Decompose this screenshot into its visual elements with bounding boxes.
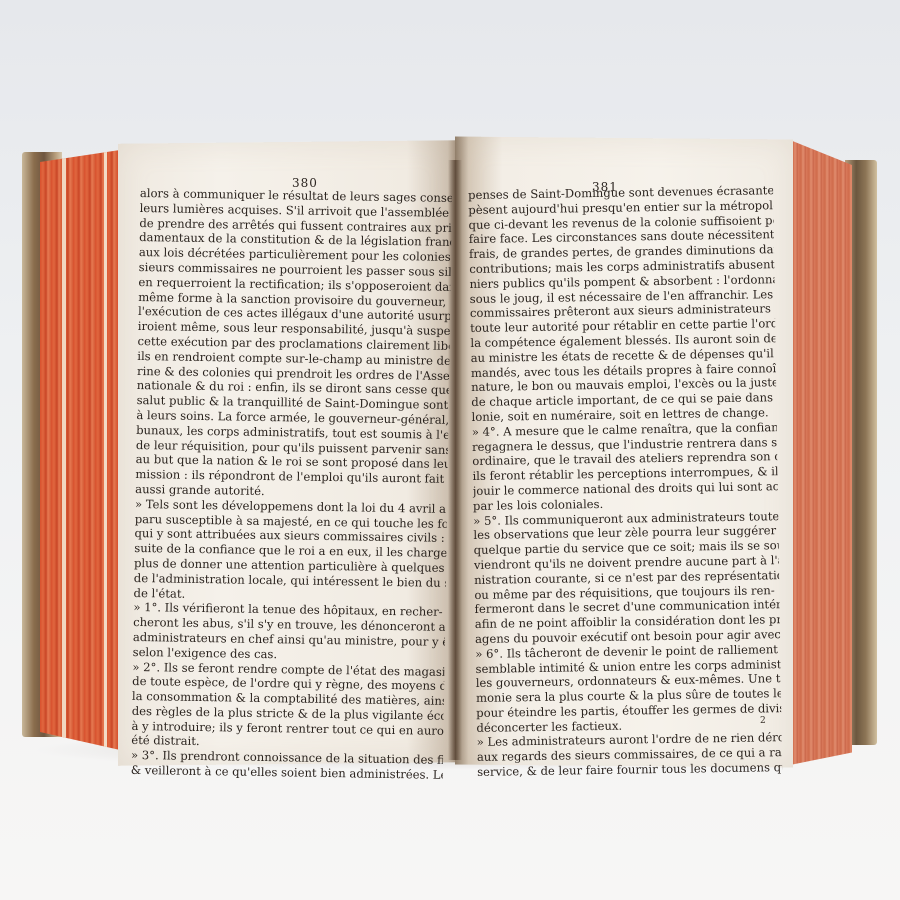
signature-mark: 2: [760, 716, 766, 726]
left-page-text: alors à communiquer le résultat de leurs…: [131, 186, 452, 783]
page-edges-right: [790, 140, 852, 765]
page-edges-left: [40, 150, 120, 750]
right-page-text: penses de Saint-Domingue sont devenues é…: [468, 183, 782, 780]
